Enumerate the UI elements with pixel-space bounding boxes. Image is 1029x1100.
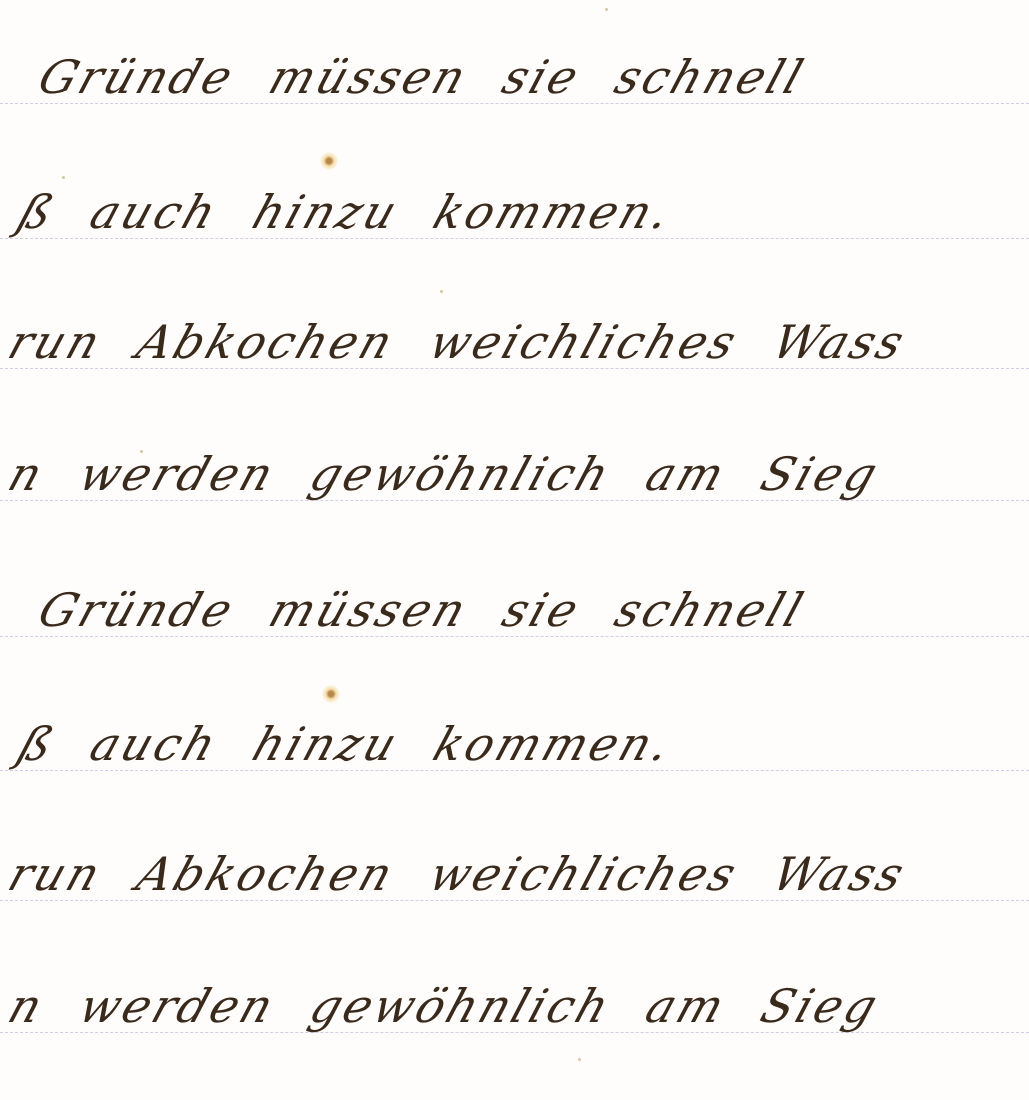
word: ß bbox=[12, 717, 63, 771]
word: schnell bbox=[608, 50, 812, 104]
word: Sieg bbox=[754, 447, 886, 501]
handwritten-line-1: Gründemüssensieschnell bbox=[30, 50, 1029, 110]
paper-speck bbox=[578, 1058, 581, 1061]
word: am bbox=[639, 447, 734, 501]
word: run bbox=[2, 315, 110, 369]
word: n bbox=[2, 447, 52, 501]
word: werden bbox=[73, 447, 283, 501]
paper-speck bbox=[62, 176, 65, 179]
word: ß bbox=[12, 185, 63, 239]
word: Abkochen bbox=[130, 847, 402, 901]
word: kommen. bbox=[427, 717, 680, 771]
word: gewöhnlich bbox=[303, 447, 618, 501]
handwritten-line-3: runAbkochenweichlichesWass bbox=[0, 315, 1029, 375]
word: Gründe bbox=[32, 50, 242, 104]
handwritten-line-2: ßauchhinzukommen. bbox=[10, 185, 1029, 245]
paper-stain bbox=[320, 152, 338, 170]
word: run bbox=[2, 847, 110, 901]
word: Gründe bbox=[32, 583, 242, 637]
word: auch bbox=[84, 185, 226, 239]
word: sie bbox=[496, 583, 588, 637]
word: Wass bbox=[766, 847, 913, 901]
handwritten-line-6: ßauchhinzukommen. bbox=[10, 717, 1029, 777]
word: Sieg bbox=[754, 979, 886, 1033]
word: müssen bbox=[263, 50, 476, 104]
word: n bbox=[2, 979, 52, 1033]
handwritten-line-4: nwerdengewöhnlichamSieg bbox=[0, 447, 1029, 507]
word: hinzu bbox=[246, 717, 406, 771]
word: Wass bbox=[766, 315, 913, 369]
paper-speck bbox=[440, 290, 443, 293]
word: sie bbox=[496, 50, 588, 104]
word: auch bbox=[84, 717, 226, 771]
word: weichliches bbox=[423, 315, 746, 369]
word: müssen bbox=[263, 583, 476, 637]
word: schnell bbox=[608, 583, 812, 637]
handwritten-line-8: nwerdengewöhnlichamSieg bbox=[0, 979, 1029, 1039]
word: werden bbox=[73, 979, 283, 1033]
word: kommen. bbox=[427, 185, 680, 239]
handwritten-line-7: runAbkochenweichlichesWass bbox=[0, 847, 1029, 907]
paper-stain bbox=[322, 685, 340, 703]
handwritten-line-5: Gründemüssensieschnell bbox=[30, 583, 1029, 643]
word: Abkochen bbox=[130, 315, 402, 369]
paper-speck bbox=[605, 8, 608, 11]
word: am bbox=[639, 979, 734, 1033]
word: hinzu bbox=[246, 185, 406, 239]
manuscript-page: Gründemüssensieschnell ßauchhinzukommen.… bbox=[0, 0, 1029, 1100]
word: gewöhnlich bbox=[303, 979, 618, 1033]
word: weichliches bbox=[423, 847, 746, 901]
